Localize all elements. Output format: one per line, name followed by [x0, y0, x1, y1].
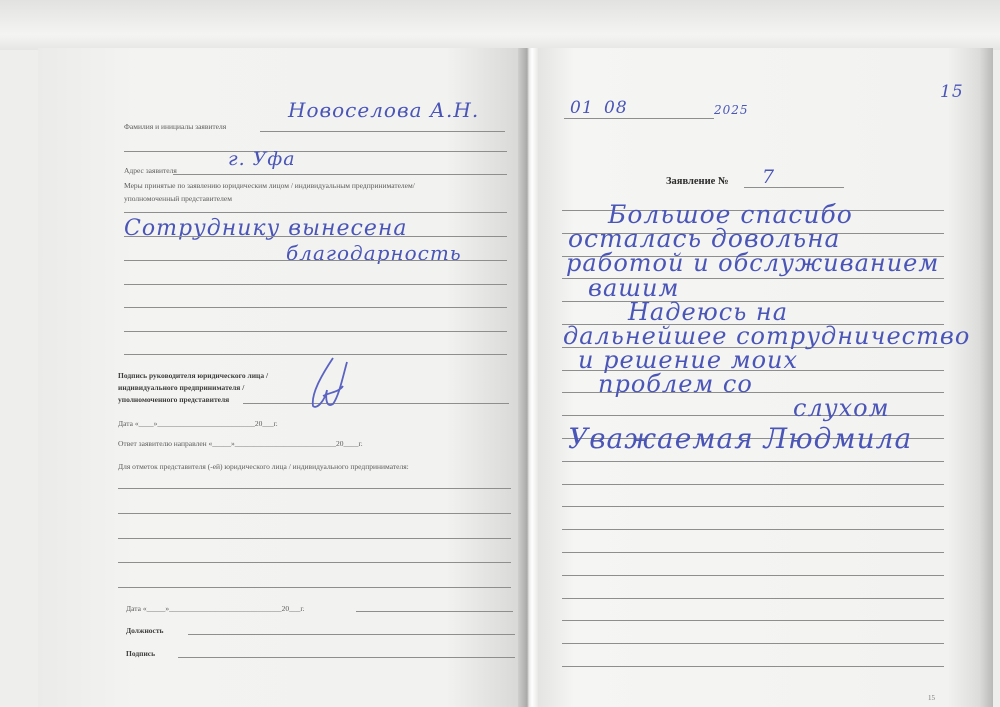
ruled-line: [562, 461, 944, 462]
ruled-line: [562, 666, 944, 667]
applicant-name-label: Фамилия и инициалы заявителя: [124, 122, 226, 131]
notes-line: [118, 513, 511, 514]
measures-line: [124, 212, 507, 213]
applicant-address-line: [173, 174, 507, 175]
date2-line: [356, 611, 513, 612]
date-year: 2025: [714, 103, 749, 117]
measures-line: [124, 307, 507, 308]
date-month: 08: [604, 98, 628, 118]
ruled-line: [562, 506, 944, 507]
measures-line: [124, 284, 507, 285]
ruled-line: [562, 484, 944, 485]
page-mark: 15: [940, 82, 964, 102]
signature-label-line3: уполномоченного представителя: [118, 395, 229, 404]
measures-label-line1: Меры принятые по заявлению юридическим л…: [124, 181, 415, 190]
ruled-line: [562, 529, 944, 530]
signature-label-line1: Подпись руководителя юридического лица /: [118, 371, 268, 380]
book-gutter: [518, 48, 538, 707]
date-field: Дата «____»__________________________20_…: [118, 419, 278, 428]
date2-field: Дата «_____»____________________________…: [126, 604, 304, 613]
position-line: [188, 634, 515, 635]
statement-number: 7: [762, 166, 775, 188]
notes-label: Для отметок представителя (-ей) юридичес…: [118, 462, 409, 471]
applicant-address-value: г. Уфа: [228, 148, 296, 170]
measures-line: [124, 260, 507, 261]
open-journal-spread: Фамилия и инициалы заявителя Новоселова …: [38, 48, 993, 707]
statement-line: проблем со: [598, 370, 753, 398]
measures-line: [124, 354, 507, 355]
ruled-line: [562, 620, 944, 621]
reply-sent-field: Ответ заявителю направлен «_____»_______…: [118, 439, 363, 448]
date-line: [564, 118, 714, 119]
signature2-line: [178, 657, 515, 658]
ruled-line: [562, 575, 944, 576]
notes-line: [118, 587, 511, 588]
notes-line: [118, 538, 511, 539]
statement-line: Уважаемая Людмила: [568, 422, 912, 455]
measures-value-line2: благодарность: [286, 241, 462, 265]
position-label: Должность: [126, 626, 164, 635]
measures-line: [124, 331, 507, 332]
measures-line: [124, 236, 507, 237]
form-line: [124, 151, 507, 152]
notes-line: [118, 488, 511, 489]
applicant-name-value: Новоселова А.Н.: [288, 98, 479, 122]
statement-line: работой и обслуживанием: [566, 249, 939, 277]
notes-line: [118, 562, 511, 563]
date-day: 01: [570, 98, 594, 118]
signature-line: [243, 403, 509, 404]
page-number: 15: [928, 694, 935, 702]
applicant-name-line: [260, 131, 505, 132]
signature2-label: Подпись: [126, 649, 155, 658]
ruled-line: [562, 643, 944, 644]
left-page: Фамилия и инициалы заявителя Новоселова …: [38, 48, 518, 707]
statement-title: Заявление №: [666, 176, 729, 187]
right-page: 01 08 2025 15 Заявление № 7 Большое спас…: [538, 48, 993, 707]
measures-value-line1: Сотруднику вынесена: [124, 216, 407, 241]
measures-label-line2: уполномоченный представителем: [124, 194, 232, 203]
signature-label-line2: индивидуального предпринимателя /: [118, 383, 244, 392]
applicant-address-label: Адрес заявителя: [124, 166, 177, 175]
signature-mark: [303, 356, 353, 412]
ruled-line: [562, 552, 944, 553]
statement-line: слухом: [793, 394, 890, 422]
ruled-line: [562, 598, 944, 599]
statement-number-line: [744, 187, 844, 188]
scanner-background: [0, 0, 1000, 50]
